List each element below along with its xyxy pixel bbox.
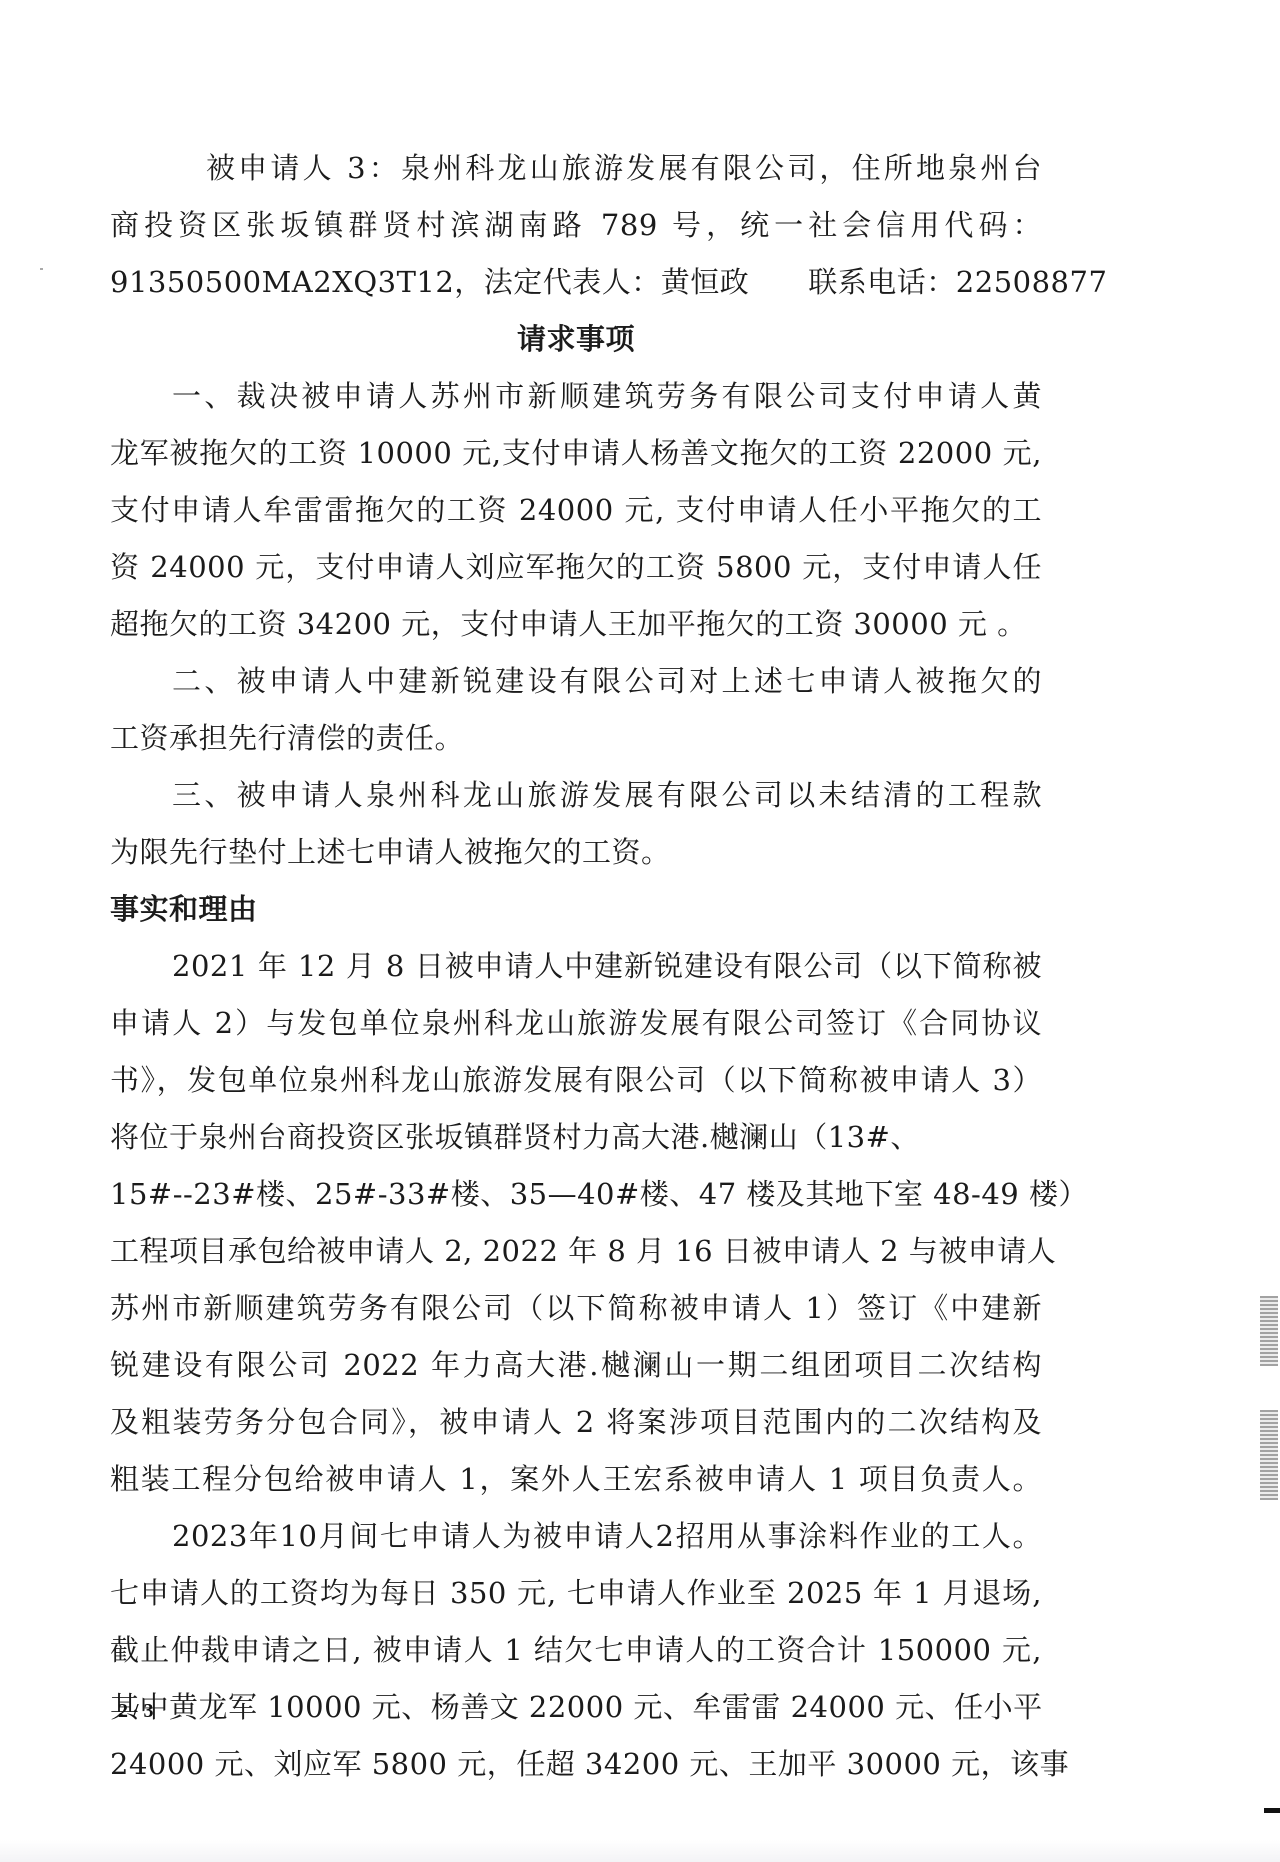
facts-line: 将位于泉州台商投资区张坂镇群贤村力高大港.樾澜山（13#、: [110, 1109, 1042, 1166]
facts-paragraph-2: 2023年10月间七申请人为被申请人2招用从事涂料作业的工人。 七申请人的工资均…: [110, 1508, 1042, 1793]
scan-artifact: [1260, 1410, 1278, 1500]
claim-line: 工资承担先行清偿的责任。: [110, 710, 1042, 767]
facts-line: 书》，发包单位泉州科龙山旅游发展有限公司（以下简称被申请人 3）: [110, 1052, 1042, 1109]
respondent-3-line: 商投资区张坂镇群贤村滨湖南路 789 号，统一社会信用代码：: [110, 197, 1042, 254]
claim-line: 二、被申请人中建新锐建设有限公司对上述七申请人被拖欠的: [110, 653, 1042, 710]
claim-item-3: 三、被申请人泉州科龙山旅游发展有限公司以未结清的工程款 为限先行垫付上述七申请人…: [110, 767, 1042, 881]
facts-line: 截止仲裁申请之日, 被申请人 1 结欠七申请人的工资合计 150000 元,: [110, 1622, 1042, 1679]
claims-heading: 请求事项: [110, 311, 1042, 368]
scan-speck: [40, 268, 43, 270]
claim-line: 一、裁决被申请人苏州市新顺建筑劳务有限公司支付申请人黄: [110, 368, 1042, 425]
claim-line: 为限先行垫付上述七申请人被拖欠的工资。: [110, 824, 1042, 881]
respondent-3-line: 91350500MA2XQ3T12，法定代表人：黄恒政 联系电话：2250887…: [110, 254, 1042, 311]
respondent-3-paragraph: 被申请人 3：泉州科龙山旅游发展有限公司，住所地泉州台 商投资区张坂镇群贤村滨湖…: [110, 140, 1042, 311]
facts-line: 粗装工程分包给被申请人 1，案外人王宏系被申请人 1 项目负责人。: [110, 1451, 1042, 1508]
claim-line: 龙军被拖欠的工资 10000 元,支付申请人杨善文拖欠的工资 22000 元,: [110, 425, 1042, 482]
facts-line: 15#--23#楼、25#-33#楼、35—40#楼、47 楼及其地下室 48-…: [110, 1166, 1042, 1223]
page-bottom-shadow: [0, 1840, 1280, 1862]
claim-item-1: 一、裁决被申请人苏州市新顺建筑劳务有限公司支付申请人黄 龙军被拖欠的工资 100…: [110, 368, 1042, 653]
facts-line: 七申请人的工资均为每日 350 元, 七申请人作业至 2025 年 1 月退场,: [110, 1565, 1042, 1622]
document-body: 被申请人 3：泉州科龙山旅游发展有限公司，住所地泉州台 商投资区张坂镇群贤村滨湖…: [110, 140, 1042, 1793]
page-number: 2 / 3: [118, 1700, 154, 1723]
facts-line: 2021 年 12 月 8 日被申请人中建新锐建设有限公司（以下简称被: [110, 938, 1042, 995]
facts-heading: 事实和理由: [110, 881, 1042, 938]
facts-line: 2023年10月间七申请人为被申请人2招用从事涂料作业的工人。: [110, 1508, 1042, 1565]
claim-line: 资 24000 元，支付申请人刘应军拖欠的工资 5800 元，支付申请人任: [110, 539, 1042, 596]
facts-line: 工程项目承包给被申请人 2, 2022 年 8 月 16 日被申请人 2 与被申…: [110, 1223, 1042, 1280]
facts-line: 锐建设有限公司 2022 年力高大港.樾澜山一期二组团项目二次结构: [110, 1337, 1042, 1394]
facts-line: 及粗装劳务分包合同》，被申请人 2 将案涉项目范围内的二次结构及: [110, 1394, 1042, 1451]
facts-line: 其中黄龙军 10000 元、杨善文 22000 元、牟雷雷 24000 元、任小…: [110, 1679, 1042, 1736]
scan-edge-mark: [1264, 1808, 1280, 1813]
facts-line: 24000 元、刘应军 5800 元，任超 34200 元、王加平 30000 …: [110, 1736, 1042, 1793]
claim-line: 支付申请人牟雷雷拖欠的工资 24000 元, 支付申请人任小平拖欠的工: [110, 482, 1042, 539]
facts-paragraph-1: 2021 年 12 月 8 日被申请人中建新锐建设有限公司（以下简称被 申请人 …: [110, 938, 1042, 1508]
facts-line: 申请人 2）与发包单位泉州科龙山旅游发展有限公司签订《合同协议: [110, 995, 1042, 1052]
respondent-3-line: 被申请人 3：泉州科龙山旅游发展有限公司，住所地泉州台: [110, 140, 1042, 197]
claim-line: 超拖欠的工资 34200 元，支付申请人王加平拖欠的工资 30000 元 。: [110, 596, 1042, 653]
claim-line: 三、被申请人泉州科龙山旅游发展有限公司以未结清的工程款: [110, 767, 1042, 824]
facts-line: 苏州市新顺建筑劳务有限公司（以下简称被申请人 1）签订《中建新: [110, 1280, 1042, 1337]
claim-item-2: 二、被申请人中建新锐建设有限公司对上述七申请人被拖欠的 工资承担先行清偿的责任。: [110, 653, 1042, 767]
document-page: 被申请人 3：泉州科龙山旅游发展有限公司，住所地泉州台 商投资区张坂镇群贤村滨湖…: [0, 0, 1280, 1862]
scan-artifact: [1260, 1296, 1278, 1366]
